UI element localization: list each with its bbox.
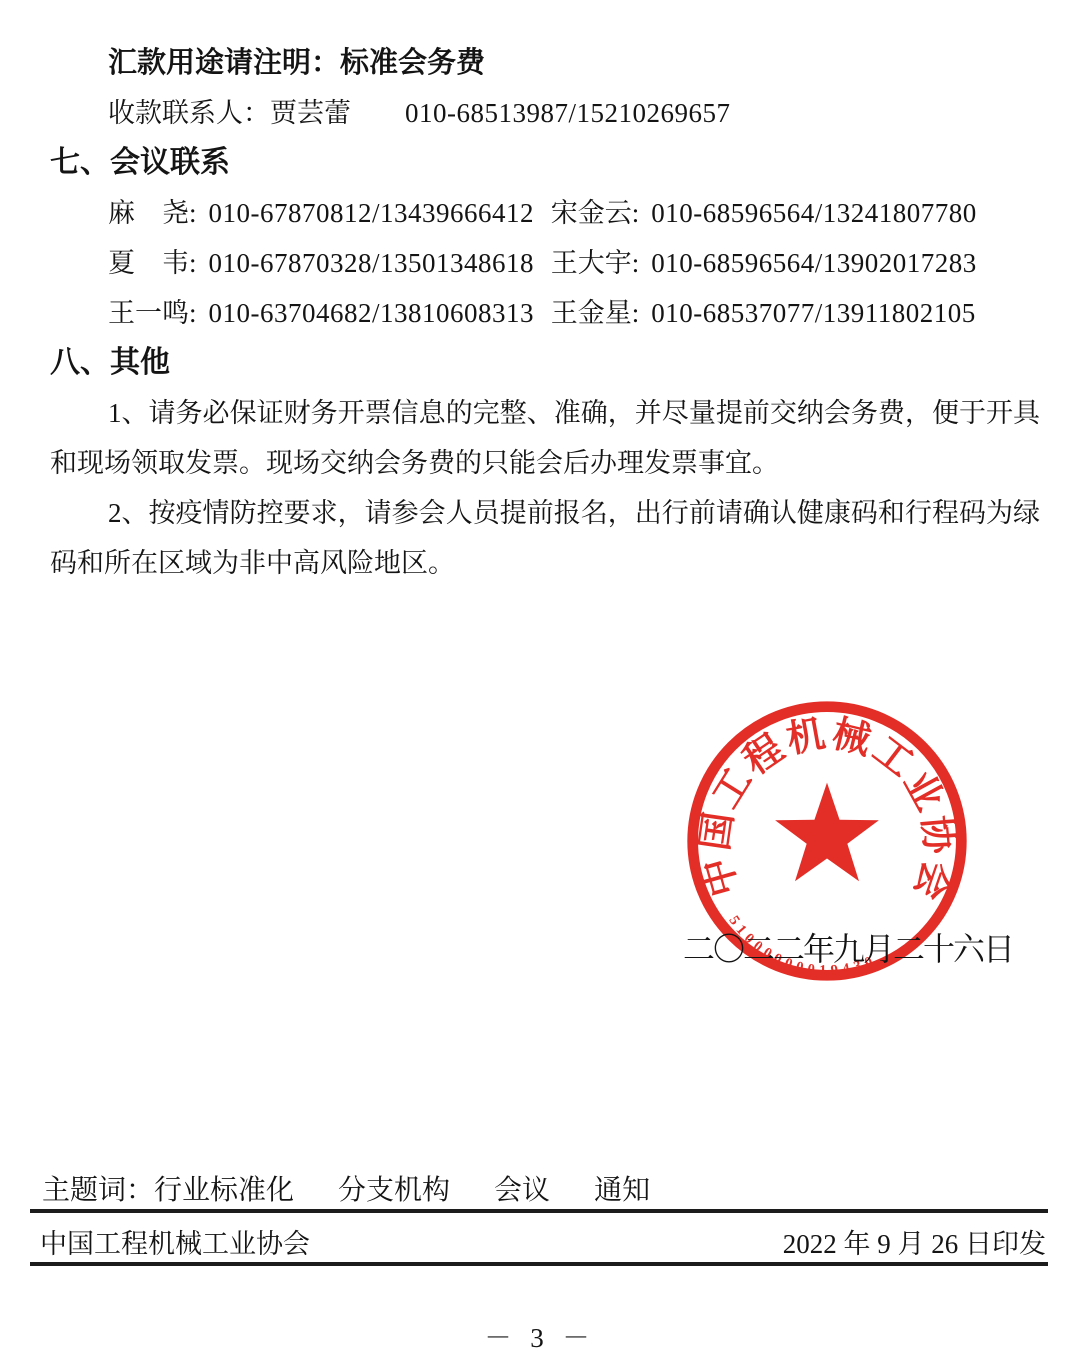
divider-line-bottom — [30, 1262, 1048, 1266]
contact-phone: 010-63704682/13810608313 — [209, 298, 535, 328]
subject-label: 主题词： — [42, 1168, 154, 1208]
section-heading-meeting-contacts: 七、会议联系 — [50, 138, 1040, 188]
contact-name: 麻 尧: — [108, 188, 197, 238]
contact-phone: 010-68596564/13902017283 — [651, 248, 977, 278]
contact-name: 夏 韦: — [108, 238, 197, 288]
contact-entry: 宋金云:010-68596564/13241807780 — [551, 198, 977, 228]
contact-name: 王金星: — [551, 288, 640, 338]
contact-row: 王一鸣:010-63704682/13810608313 王金星:010-685… — [50, 288, 1040, 338]
section-heading-other: 八、其他 — [50, 338, 1040, 388]
subject-keywords-line: 主题词： 行业标准化 分支机构 会议 通知 — [42, 1168, 650, 1208]
issuer-name: 中国工程机械工业协会 — [40, 1222, 310, 1261]
issuer-row: 中国工程机械工业协会 2022 年 9 月 26 日印发 — [40, 1222, 1046, 1261]
remittance-purpose-line: 汇款用途请注明：标准会务费 — [50, 38, 1040, 88]
contact-entry: 王大宇:010-68596564/13902017283 — [551, 248, 977, 278]
star-icon — [775, 783, 879, 882]
contact-phone: 010-68537077/13911802105 — [651, 298, 976, 328]
contact-phone: 010-68596564/13241807780 — [651, 198, 977, 228]
other-paragraph-epidemic: 2、按疫情防控要求，请参会人员提前报名，出行前请确认健康码和行程码为绿码和所在区… — [50, 488, 1040, 588]
contact-entry: 麻 尧:010-67870812/13439666412 — [108, 188, 544, 238]
contact-entry: 王金星:010-68537077/13911802105 — [551, 298, 976, 328]
payee-contact-label: 收款联系人：贾芸蕾 — [108, 98, 351, 128]
contact-phone: 010-67870812/13439666412 — [209, 198, 535, 228]
contact-row: 麻 尧:010-67870812/13439666412 宋金云:010-685… — [50, 188, 1040, 238]
document-body: 汇款用途请注明：标准会务费 收款联系人：贾芸蕾010-68513987/1521… — [50, 38, 1040, 588]
divider-line-top — [30, 1209, 1048, 1213]
contact-entry: 王一鸣:010-63704682/13810608313 — [108, 288, 544, 338]
print-date: 2022 年 9 月 26 日印发 — [783, 1222, 1046, 1261]
document-date: 二〇二二年九月二十六日 — [683, 924, 1013, 970]
document-page: 汇款用途请注明：标准会务费 收款联系人：贾芸蕾010-68513987/1521… — [0, 0, 1080, 1372]
contact-name: 王大宇: — [551, 238, 640, 288]
page-number: － 3 － — [0, 1316, 1080, 1355]
contact-name: 宋金云: — [551, 188, 640, 238]
contact-row: 夏 韦:010-67870328/13501348618 王大宇:010-685… — [50, 238, 1040, 288]
payee-contact-phone: 010-68513987/15210269657 — [405, 98, 731, 128]
subject-term: 行业标准化 — [154, 1168, 294, 1208]
contact-entry: 夏 韦:010-67870328/13501348618 — [108, 238, 544, 288]
subject-term: 通知 — [594, 1168, 650, 1208]
contact-name: 王一鸣: — [108, 288, 197, 338]
subject-term: 会议 — [494, 1168, 550, 1208]
contact-phone: 010-67870328/13501348618 — [209, 248, 535, 278]
payee-contact-line: 收款联系人：贾芸蕾010-68513987/15210269657 — [50, 88, 1040, 138]
subject-term: 分支机构 — [338, 1168, 450, 1208]
other-paragraph-invoice: 1、请务必保证财务开票信息的完整、准确，并尽量提前交纳会务费，便于开具和现场领取… — [50, 388, 1040, 488]
